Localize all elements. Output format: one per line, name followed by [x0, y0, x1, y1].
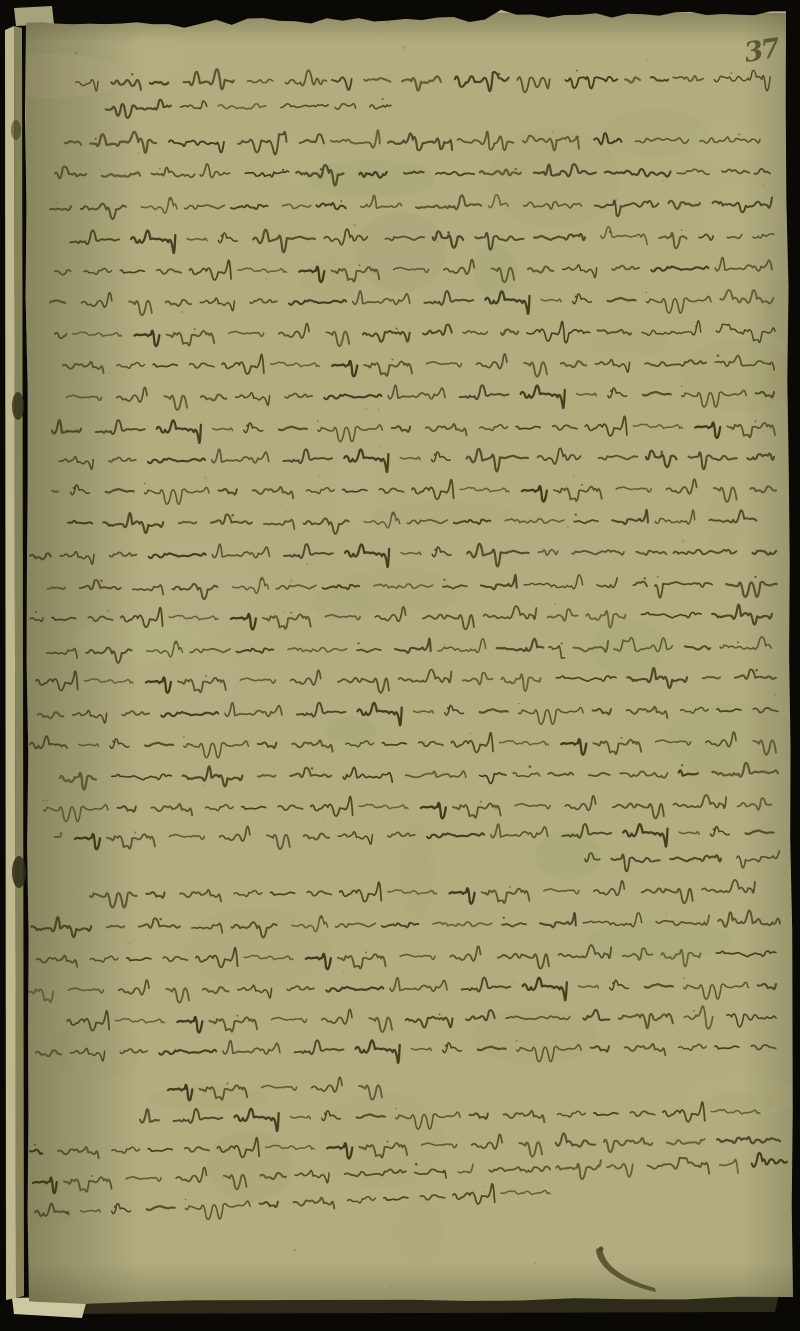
paper-light-patch: [272, 131, 322, 183]
ink-dot: [681, 386, 683, 388]
paper-speckle: [283, 611, 285, 613]
ink-dot: [529, 765, 532, 768]
paper-speckle: [662, 180, 665, 183]
ink-dot: [657, 576, 659, 578]
paper-speckle: [47, 940, 49, 942]
ink-dot: [95, 138, 97, 140]
ink-dot: [260, 578, 263, 581]
paper-speckle: [554, 603, 556, 605]
ink-dot: [282, 169, 284, 171]
paper-speckle: [469, 732, 471, 734]
ink-dot: [754, 576, 756, 578]
ink-stroke: [52, 491, 58, 492]
ink-dot: [205, 675, 207, 677]
ink-dot: [237, 1015, 239, 1017]
paper-speckle: [377, 408, 380, 411]
paper-speckle: [155, 214, 157, 216]
paper-speckle: [773, 693, 776, 696]
ink-dot: [581, 484, 583, 486]
ink-dot: [518, 703, 520, 705]
paper-blotch: [148, 1086, 268, 1110]
ink-dot: [159, 918, 162, 921]
ink-dot: [100, 579, 103, 582]
ink-dot: [73, 487, 76, 490]
ink-dot: [576, 70, 578, 72]
flourish-blob: [598, 1246, 603, 1251]
ink-dot: [34, 1144, 36, 1146]
ink-dot: [324, 1112, 327, 1115]
ink-dot: [311, 767, 314, 770]
paper-speckle: [138, 1279, 139, 1280]
ink-dot: [91, 1175, 93, 1177]
ink-dot: [612, 982, 615, 985]
paper-blotch: [392, 1198, 444, 1266]
binding-stain: [11, 120, 21, 140]
paper-speckle: [65, 1138, 67, 1140]
ink-dot: [575, 514, 577, 516]
ink-dot: [509, 886, 511, 888]
binding-stain: [12, 856, 26, 888]
ink-dot: [695, 325, 697, 327]
paper-speckle: [320, 1185, 321, 1186]
ink-dot: [185, 1199, 187, 1201]
ink-dot: [194, 328, 196, 330]
paper-speckle: [46, 799, 48, 801]
ink-dot: [340, 200, 342, 202]
ink-dot: [396, 328, 398, 330]
paper-speckle: [108, 372, 109, 373]
ink-dot: [737, 641, 739, 643]
paper-speckle: [573, 475, 575, 477]
ink-dot: [290, 612, 292, 614]
paper-speckle: [135, 1055, 137, 1057]
paper-blotch: [681, 338, 797, 412]
ink-dot: [660, 451, 663, 454]
ink-dot: [134, 832, 136, 834]
ink-dot: [621, 737, 623, 739]
paper-speckle: [403, 46, 406, 49]
paper-speckle: [682, 539, 685, 542]
ink-dot: [246, 424, 249, 427]
paper-blotch: [207, 1130, 293, 1202]
paper-light-patch: [189, 635, 237, 705]
paper-speckle: [524, 666, 525, 667]
ink-dot: [320, 168, 322, 170]
paper-speckle: [107, 610, 110, 613]
paper-speckle: [552, 131, 554, 133]
paper-speckle: [322, 818, 324, 820]
paper-speckle: [402, 1201, 403, 1202]
paper-blotch: [705, 491, 743, 557]
ink-stroke: [55, 836, 61, 837]
ink-dot: [415, 1163, 418, 1166]
paper-speckle: [290, 579, 293, 582]
ink-dot: [754, 420, 756, 422]
paper-speckle: [380, 446, 382, 448]
paper-speckle: [432, 687, 433, 688]
paper-speckle: [389, 1285, 391, 1287]
paper-speckle: [437, 240, 439, 242]
paper-speckle: [503, 602, 505, 604]
paper-speckle: [243, 1229, 244, 1230]
ink-dot: [317, 420, 319, 422]
ink-dot: [515, 168, 518, 171]
paper-blotch: [587, 920, 731, 960]
scanned-manuscript-photo: 37: [0, 0, 800, 1331]
ink-dot: [610, 390, 613, 393]
ink-dot: [114, 1205, 117, 1208]
ink-dot: [395, 1108, 397, 1110]
bottom-edge-shadow: [26, 1262, 794, 1304]
paper-speckle: [506, 311, 508, 313]
paper-blotch: [355, 212, 447, 292]
ink-dot: [439, 1013, 441, 1015]
ink-dot: [480, 801, 482, 803]
paper-speckle: [120, 619, 121, 620]
paper-speckle: [646, 58, 648, 60]
paper-speckle: [293, 1249, 296, 1252]
paper-speckle: [275, 599, 276, 600]
paper-speckle: [388, 278, 389, 279]
paper-speckle: [280, 504, 281, 505]
paper-light-patch: [132, 28, 186, 80]
paper-speckle: [137, 152, 140, 155]
paper-blotch: [472, 1009, 598, 1065]
paper-blotch: [185, 907, 331, 989]
ink-dot: [43, 800, 45, 802]
ink-dot: [445, 1044, 448, 1047]
ink-dot: [220, 235, 223, 238]
ink-dot: [183, 736, 185, 738]
paper-speckle: [424, 858, 426, 860]
ink-dot: [646, 292, 648, 294]
ink-dot: [169, 198, 172, 201]
ink-dot: [738, 134, 740, 136]
ink-dot: [60, 832, 63, 835]
ink-dot: [131, 73, 134, 76]
paper-speckle: [442, 771, 444, 773]
paper-speckle: [317, 474, 320, 477]
ink-dot: [174, 642, 177, 645]
paper-speckle: [344, 775, 345, 776]
paper-light-patch: [498, 526, 614, 566]
paper-speckle: [159, 107, 161, 109]
paper-speckle: [306, 563, 309, 566]
ink-dot: [365, 951, 367, 953]
paper-blotch: [535, 831, 601, 879]
manuscript-scan-svg: 37: [0, 0, 800, 1331]
ink-dot: [609, 231, 612, 234]
ink-dot: [578, 136, 580, 138]
paper-speckle: [265, 277, 267, 279]
ink-dot: [516, 1040, 518, 1042]
ink-dot: [447, 707, 450, 710]
ink-dot: [755, 669, 758, 672]
paper-speckle: [179, 1085, 181, 1087]
ink-dot: [227, 1083, 229, 1085]
paper-speckle: [353, 224, 356, 227]
paper-blotch: [332, 568, 464, 614]
ink-dot: [683, 978, 685, 980]
paper-speckle: [728, 1160, 730, 1162]
paper-speckle: [534, 1262, 536, 1264]
ink-dot: [319, 916, 322, 919]
ink-dot: [713, 828, 716, 831]
ink-dot: [35, 611, 37, 613]
paper-speckle: [358, 49, 360, 51]
paper-speckle: [133, 585, 134, 586]
ink-dot: [391, 359, 393, 361]
ink-dot: [443, 579, 445, 581]
ink-dot: [112, 740, 115, 743]
ink-dot: [382, 98, 384, 100]
ink-dot: [681, 230, 683, 232]
ink-dot: [644, 577, 646, 579]
ink-dot: [357, 642, 359, 644]
ink-dot: [498, 73, 500, 75]
ink-dot: [447, 231, 450, 234]
binding-stain: [12, 392, 24, 420]
paper-speckle: [386, 21, 389, 24]
paper-speckle: [365, 408, 368, 411]
paper-speckle: [127, 942, 130, 945]
ink-dot: [434, 549, 437, 552]
ink-dot: [693, 1010, 695, 1012]
ink-dot: [681, 764, 683, 766]
paper-speckle: [483, 1186, 486, 1189]
paper-speckle: [203, 784, 205, 786]
paper-speckle: [204, 476, 207, 479]
paper-speckle: [75, 52, 78, 55]
ink-dot: [144, 483, 146, 485]
paper-speckle: [29, 574, 31, 576]
paper-blotch: [590, 328, 670, 358]
paper-speckle: [514, 981, 516, 983]
ink-dot: [575, 296, 578, 299]
ink-dot: [231, 514, 234, 517]
paper-speckle: [343, 971, 344, 972]
paper-speckle: [444, 644, 445, 645]
paper-speckle: [566, 526, 569, 529]
ink-dot: [159, 168, 161, 170]
paper-speckle: [64, 659, 65, 660]
ink-dot: [731, 72, 732, 73]
paper-blotch: [325, 716, 377, 744]
paper-speckle: [181, 311, 184, 314]
ink-dot: [717, 354, 720, 357]
ink-dot: [503, 917, 505, 919]
paper-speckle: [762, 184, 764, 186]
ink-dot: [359, 264, 361, 266]
ink-dot: [56, 202, 57, 203]
ink-dot: [561, 643, 563, 645]
ink-dot: [434, 454, 437, 457]
ink-dot: [391, 513, 394, 516]
ink-dot: [387, 1141, 389, 1143]
paper-light-patch: [685, 122, 767, 166]
paper-speckle: [179, 241, 180, 242]
paper-speckle: [666, 913, 668, 915]
